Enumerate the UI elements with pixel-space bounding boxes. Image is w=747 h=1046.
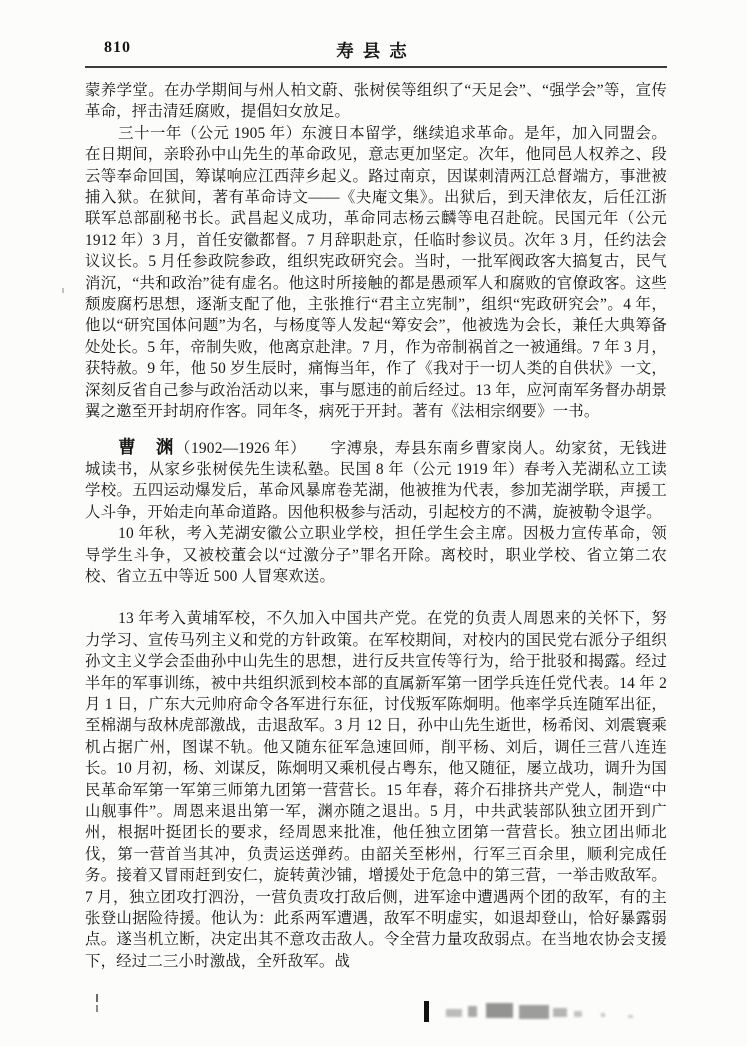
scan-artifact-smudge xyxy=(446,1009,462,1017)
scan-artifact-smudge xyxy=(468,1006,477,1017)
scan-artifact-smudge xyxy=(574,1011,582,1017)
scan-artifact-tick xyxy=(96,994,98,1002)
paragraph-caoyuan-student-years: 10 年秋，考入芜湖安徽公立职业学校，担任学生会主席。因极力宣传革命，领导学生斗… xyxy=(85,523,667,587)
scan-artifact-smudge xyxy=(486,1003,513,1018)
book-page: 810 寿县志 蒙养学堂。在办学期间与州人柏文蔚、张树侯等组织了“天足会”、“强… xyxy=(0,0,747,1046)
scan-artifact-smudge xyxy=(553,1008,567,1017)
paragraph-previous-biography: 三十一年（公元 1905 年）东渡日本留学，继续追求革命。是年，加入同盟会。在日… xyxy=(85,123,667,423)
page-number: 810 xyxy=(104,39,131,57)
biography-dates: （1902—1926 年） xyxy=(175,440,306,457)
scan-artifact-smudge xyxy=(519,1005,549,1019)
biography-name: 曹 渊 xyxy=(118,437,175,457)
page-header: 810 寿县志 xyxy=(85,38,667,62)
scan-artifact-smudge xyxy=(601,1013,605,1017)
paragraph-continuation: 蒙养学堂。在办学期间与州人柏文蔚、张树侯等组织了“天足会”、“强学会”等，宣传革… xyxy=(85,80,667,123)
scan-artifact-bar xyxy=(424,1001,429,1022)
page-title: 寿县志 xyxy=(336,38,416,63)
header-rule xyxy=(85,66,667,68)
paragraph-caoyuan-military-career: 13 年考入黄埔军校，不久加入中国共产党。在党的负责人周恩来的关怀下，努力学习、… xyxy=(85,608,667,972)
scan-artifact-smudge xyxy=(628,1015,633,1018)
paragraph-caoyuan-intro: 曹 渊（1902—1926 年）字溥泉，寿县东南乡曹家岗人。幼家贫，无钱进城读书… xyxy=(85,437,667,524)
page-body: 蒙养学堂。在办学期间与州人柏文蔚、张树侯等组织了“天足会”、“强学会”等，宣传革… xyxy=(85,80,667,972)
scan-artifact-tick xyxy=(96,1005,98,1012)
scan-speck-left-margin xyxy=(62,288,64,293)
